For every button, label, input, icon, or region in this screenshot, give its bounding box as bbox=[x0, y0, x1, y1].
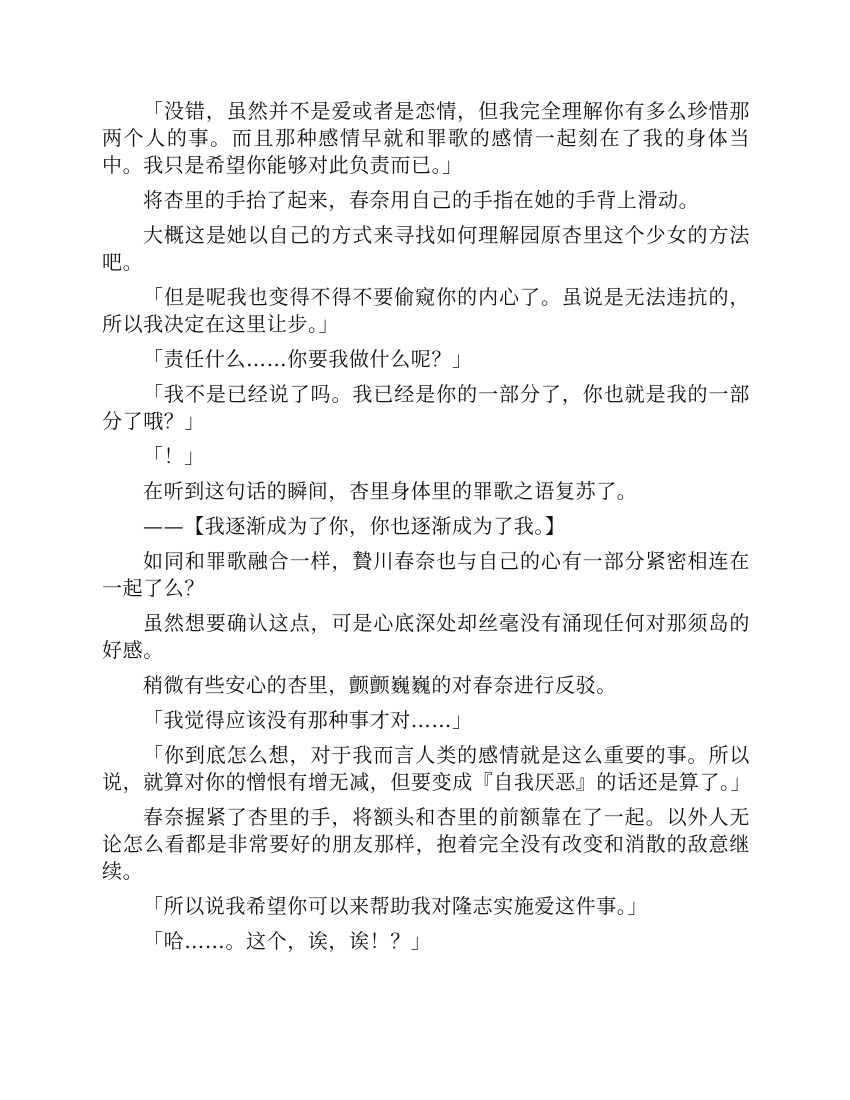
paragraph: 虽然想要确认这点，可是心底深处却丝毫没有涌现任何对那须岛的好感。 bbox=[102, 610, 750, 664]
paragraph: 「你到底怎么想，对于我而言人类的感情就是这么重要的事。所以说，就算对你的憎恨有增… bbox=[102, 742, 750, 796]
paragraph: 「哈……。这个，诶，诶！？」 bbox=[102, 928, 750, 955]
paragraph: 「没错，虽然并不是爱或者是恋情，但我完全理解你有多么珍惜那两个人的事。而且那种感… bbox=[102, 98, 750, 179]
paragraph: 将杏里的手抬了起来，春奈用自己的手指在她的手背上滑动。 bbox=[102, 187, 750, 214]
paragraph: 如同和罪歌融合一样，贄川春奈也与自己的心有一部分紧密相连在一起了么？ bbox=[102, 548, 750, 602]
document-page: 「没错，虽然并不是爱或者是恋情，但我完全理解你有多么珍惜那两个人的事。而且那种感… bbox=[102, 98, 750, 963]
paragraph: 「所以说我希望你可以来帮助我对隆志实施爱这件事。」 bbox=[102, 893, 750, 920]
paragraph: 「但是呢我也变得不得不要偷窥你的内心了。虽说是无法违抗的，所以我决定在这里让步。… bbox=[102, 284, 750, 338]
paragraph: 春奈握紧了杏里的手，将额头和杏里的前额靠在了一起。以外人无论怎么看都是非常要好的… bbox=[102, 804, 750, 885]
paragraph: 「我不是已经说了吗。我已经是你的一部分了，你也就是我的一部分了哦？」 bbox=[102, 381, 750, 435]
paragraph: 「责任什么……你要我做什么呢？」 bbox=[102, 346, 750, 373]
paragraph: 在听到这句话的瞬间，杏里身体里的罪歌之语复苏了。 bbox=[102, 478, 750, 505]
paragraph: ——【我逐渐成为了你，你也逐渐成为了我。】 bbox=[102, 513, 750, 540]
paragraph: 「我觉得应该没有那种事才对……」 bbox=[102, 707, 750, 734]
paragraph: 稍微有些安心的杏里，颤颤巍巍的对春奈进行反驳。 bbox=[102, 672, 750, 699]
paragraph: 大概这是她以自己的方式来寻找如何理解园原杏里这个少女的方法吧。 bbox=[102, 222, 750, 276]
paragraph: 「！」 bbox=[102, 443, 750, 470]
